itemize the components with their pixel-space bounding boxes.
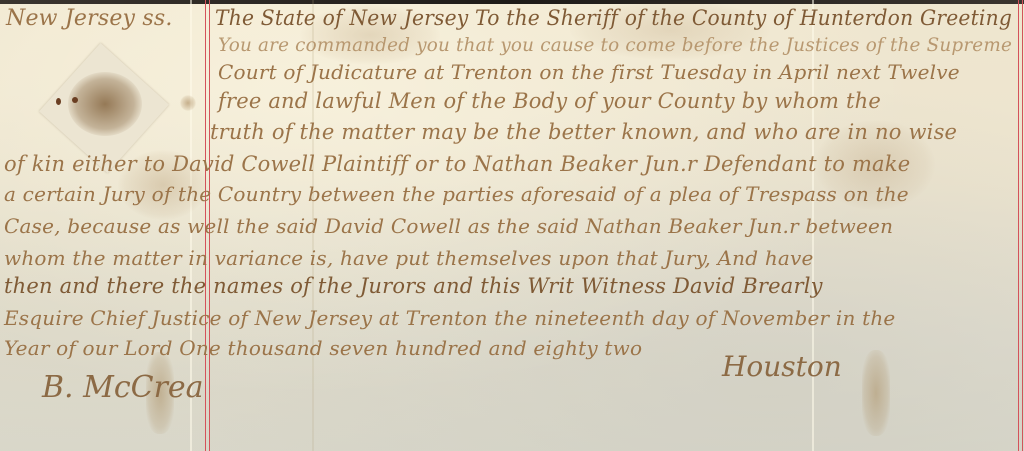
stain-dot xyxy=(72,97,78,103)
water-stain xyxy=(180,95,196,111)
writ-line-7: a certain Jury of the Country between th… xyxy=(4,182,909,206)
writ-line-8: Case, because as well the said David Cow… xyxy=(4,214,893,238)
writ-line-2: You are commanded you that you cause to … xyxy=(218,34,1012,56)
writ-line-9: whom the matter in variance is, have put… xyxy=(4,246,814,270)
writ-line-4: free and lawful Men of the Body of your … xyxy=(218,89,881,113)
writ-line-11: Esquire Chief Justice of New Jersey at T… xyxy=(4,306,895,330)
writ-line-10: then and there the names of the Jurors a… xyxy=(4,274,823,298)
writ-line-5: truth of the matter may be the better kn… xyxy=(210,120,957,144)
document-page: New Jersey ss. The State of New Jersey T… xyxy=(0,0,1024,451)
stain-dot xyxy=(56,98,61,105)
signature-left: B. McCrea xyxy=(42,370,204,405)
water-stain xyxy=(862,350,890,436)
writ-line-1: The State of New Jersey To the Sheriff o… xyxy=(215,6,1012,30)
writ-line-12: Year of our Lord One thousand seven hund… xyxy=(4,336,642,360)
writ-line-6: of kin either to David Cowell Plaintiff … xyxy=(4,152,910,176)
scan-top-edge xyxy=(0,0,1024,4)
right-margin-rule xyxy=(1018,0,1019,451)
signature-right: Houston xyxy=(722,350,842,383)
writ-line-3: Court of Judicature at Trenton on the fi… xyxy=(218,60,960,84)
right-margin-rule xyxy=(1022,0,1023,451)
margin-heading: New Jersey ss. xyxy=(6,6,173,31)
ink-stain xyxy=(68,72,142,136)
